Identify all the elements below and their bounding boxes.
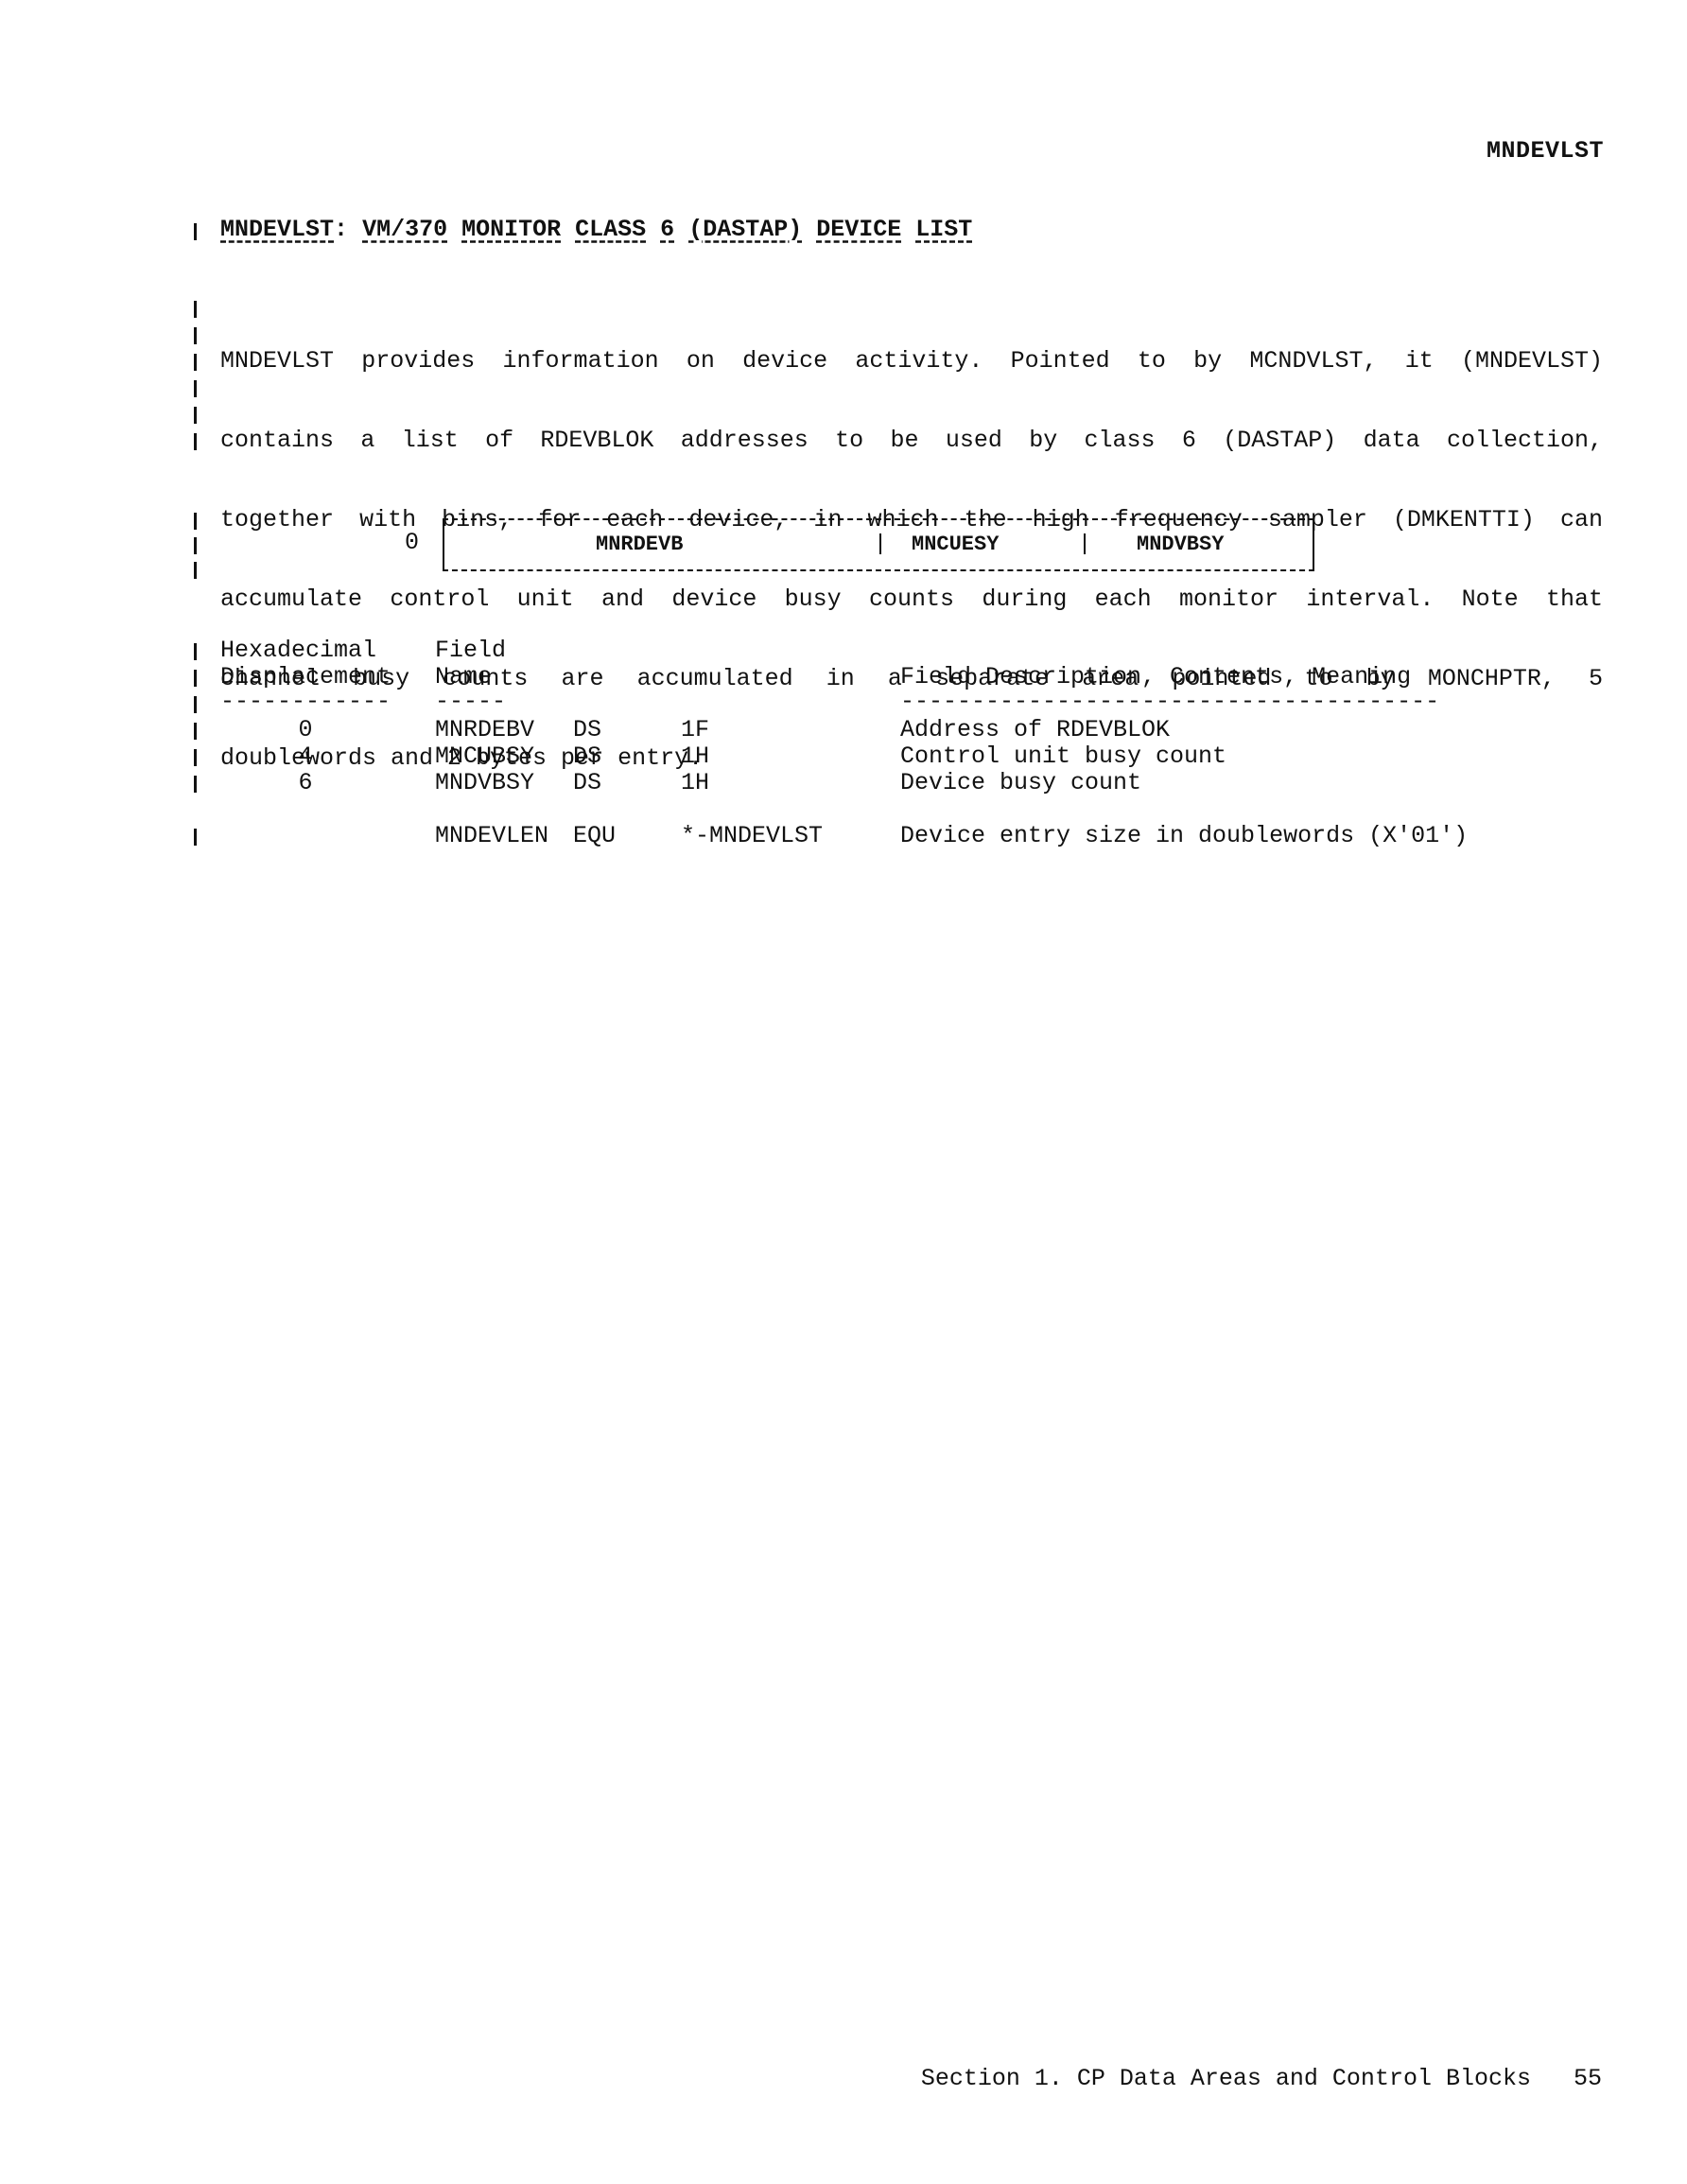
row-displacement: 6 <box>220 770 391 796</box>
header-displacement-line2: Displacement <box>220 664 391 690</box>
row-description: Control unit busy count <box>900 743 1226 770</box>
diagram-field-mndvbsy: MNDVBSY <box>1137 532 1224 558</box>
header-displacement-line1: Hexadecimal <box>220 638 376 664</box>
row-description: Address of RDEVBLOK <box>900 717 1170 743</box>
diagram-field-mnrdevb: MNRDEVB <box>596 532 683 558</box>
row-displacement: 4 <box>220 743 391 770</box>
page-footer: Section 1. CP Data Areas and Control Blo… <box>921 2066 1602 2092</box>
change-bar <box>194 407 197 424</box>
footer-section: Section 1. CP Data Areas and Control Blo… <box>921 2065 1531 2092</box>
change-bar <box>194 749 197 766</box>
title-part: LIST <box>915 216 972 243</box>
title-part: MNDEVLST <box>220 216 334 243</box>
diagram-separator <box>1084 533 1086 554</box>
change-bar <box>194 354 197 371</box>
change-bar <box>194 776 197 793</box>
header-description: Field Description, Contents, Meaning <box>900 664 1411 690</box>
change-bar <box>194 696 197 713</box>
row-field-name: MNRDEBV <box>435 717 534 743</box>
change-bar <box>194 537 197 554</box>
paragraph-line: contains a list of RDEVBLOK addresses to… <box>220 428 1603 454</box>
page-number: 55 <box>1574 2065 1602 2092</box>
page-title: MNDEVLST: VM/370 MONITOR CLASS 6 (DASTAP… <box>220 217 972 243</box>
equate-operand: *-MNDEVLST <box>681 823 823 849</box>
header-field-name-line2: Name <box>435 664 492 690</box>
running-head: MNDEVLST <box>1487 138 1604 165</box>
change-bar <box>194 643 197 660</box>
row-field-name: MNCUBSY <box>435 743 534 770</box>
change-bar <box>194 562 197 579</box>
row-op: DS <box>573 743 601 770</box>
change-bar <box>194 670 197 687</box>
title-part: MONITOR <box>461 216 561 243</box>
row-operand: 1F <box>681 717 709 743</box>
change-bar <box>194 513 197 530</box>
change-bar <box>194 380 197 397</box>
row-displacement: 0 <box>220 717 391 743</box>
title-part: (DASTAP) <box>688 216 802 243</box>
diagram-offset: 0 <box>405 530 419 556</box>
field-layout-diagram: MNRDEVB MNCUESY MNDVBSY <box>443 518 1314 571</box>
title-part: 6 <box>660 216 674 243</box>
change-bar <box>194 327 197 344</box>
equate-description: Device entry size in doublewords (X'01') <box>900 823 1468 849</box>
equate-name: MNDEVLEN <box>435 823 548 849</box>
title-part: CLASS <box>575 216 646 243</box>
row-description: Device busy count <box>900 770 1141 796</box>
title-part: DEVICE <box>816 216 901 243</box>
paragraph-line: MNDEVLST provides information on device … <box>220 348 1603 375</box>
change-bar <box>194 433 197 450</box>
title-part: VM/370 <box>362 216 447 243</box>
row-operand: 1H <box>681 743 709 770</box>
equate-op: EQU <box>573 823 616 849</box>
row-field-name: MNDVBSY <box>435 770 534 796</box>
row-op: DS <box>573 770 601 796</box>
change-bar <box>194 301 197 318</box>
change-bar <box>194 723 197 740</box>
separator-displacement: ------------ <box>220 689 391 715</box>
change-bar <box>194 223 197 240</box>
change-bar <box>194 829 197 846</box>
diagram-separator <box>879 533 881 554</box>
separator-field-name: ----- <box>435 689 506 715</box>
separator-description: -------------------------------------- <box>900 689 1439 715</box>
header-field-name-line1: Field <box>435 638 506 664</box>
paragraph-line: accumulate control unit and device busy … <box>220 586 1603 613</box>
row-operand: 1H <box>681 770 709 796</box>
row-op: DS <box>573 717 601 743</box>
diagram-field-mncuesy: MNCUESY <box>912 532 999 558</box>
